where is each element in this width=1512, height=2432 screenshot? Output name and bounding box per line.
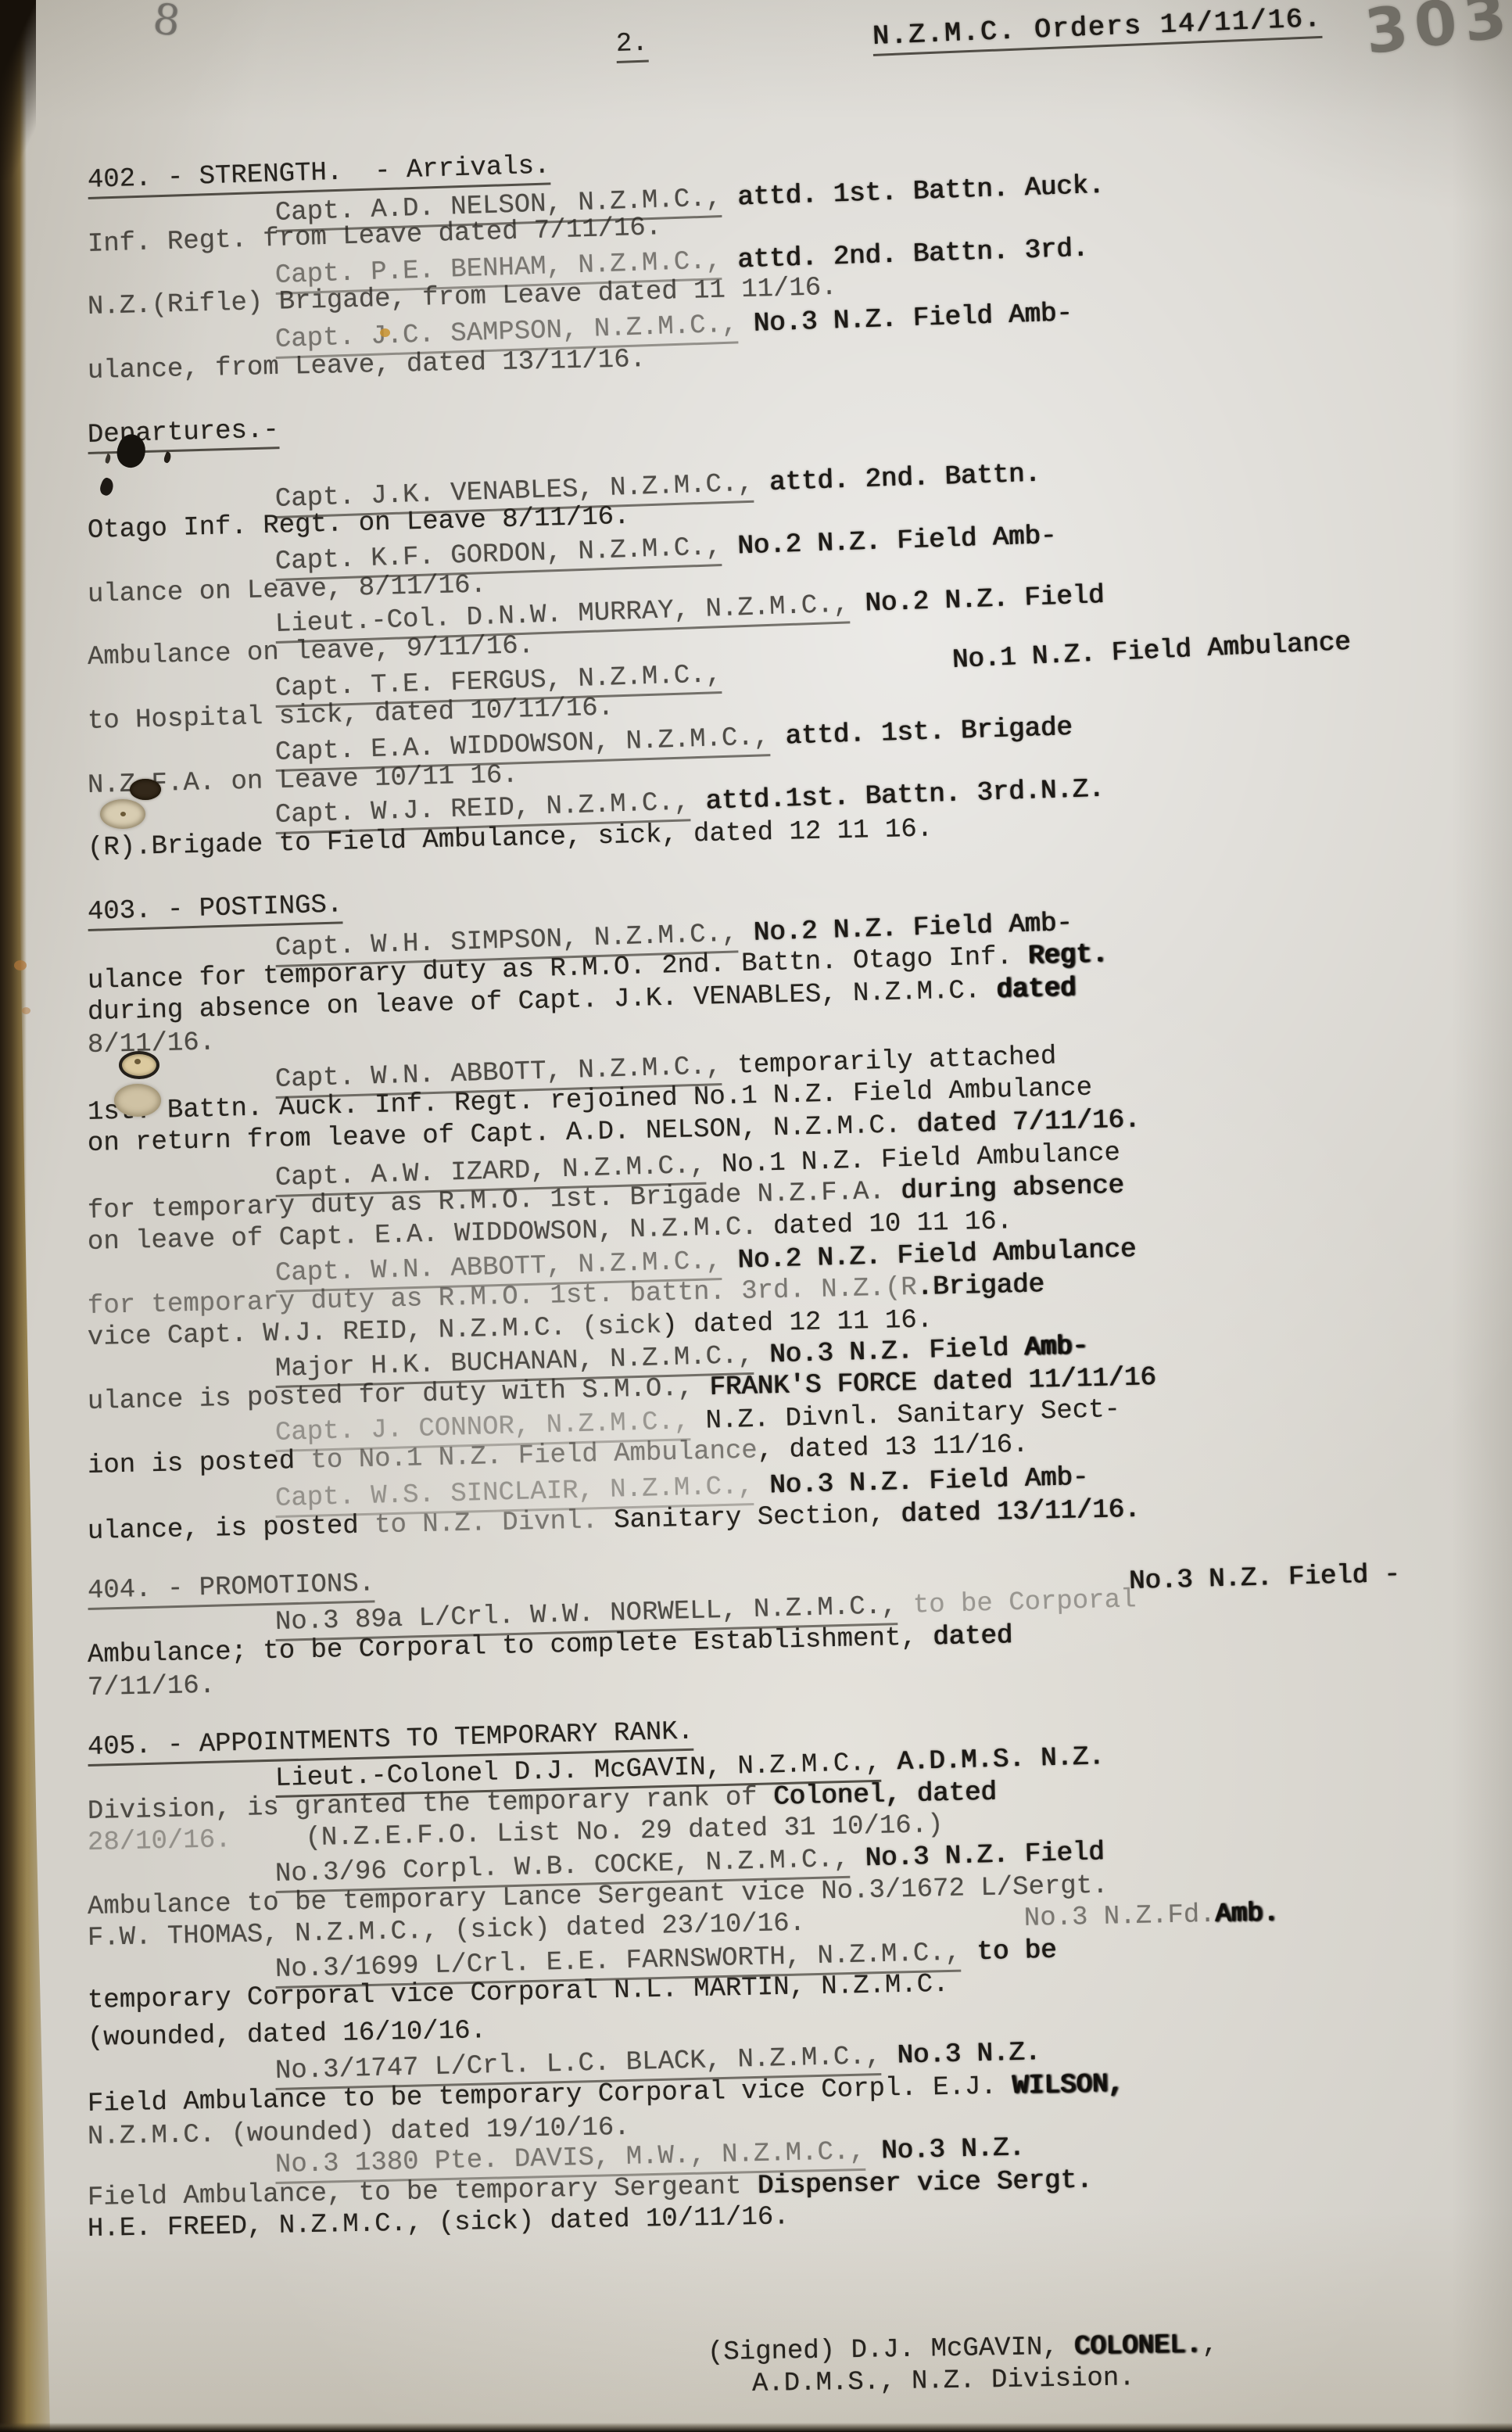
text-run: dated 7/11/16. xyxy=(916,1105,1140,1139)
text-run: attd. 1st. Battn. Auck. xyxy=(721,171,1105,213)
text-run: attd. 2nd. Battn. xyxy=(753,460,1041,499)
text-run: 7/11/16. xyxy=(88,1671,216,1703)
text-run: , dated 13 11/16. xyxy=(757,1430,1029,1466)
document-page: 8 303 2.N.Z.M.C. Orders 14/11/16.402. - … xyxy=(0,0,1512,2432)
text-run: N.Z.M.C. Orders 14/11/16. xyxy=(872,3,1322,56)
document-line: (Signed) D.J. McGAVIN, COLONEL., xyxy=(708,2329,1219,2369)
text-run: dated 10 11 16. xyxy=(773,1207,1013,1242)
punch-hole-light xyxy=(114,1084,161,1117)
rust-stain xyxy=(22,1007,30,1014)
punch-hole-dark xyxy=(130,779,161,800)
text-run: (Signed) D.J. McGAVIN, xyxy=(708,2333,1075,2368)
text-run: 403. - POSTINGS. xyxy=(87,890,343,931)
paper-edge-top-left xyxy=(0,0,36,180)
text-run: No.2 N.Z. Field xyxy=(848,581,1105,619)
document-line: ulance, from Leave, dated 13/11/16. xyxy=(88,343,647,388)
text-run: Sanitary Section, xyxy=(614,1500,901,1536)
text-run: to be xyxy=(961,1936,1057,1968)
text-run: Colonel, dated xyxy=(773,1778,997,1813)
text-run: No.3 N.Z. Field - xyxy=(1129,1560,1401,1597)
text-run: attd. 1st. Brigade xyxy=(769,713,1073,752)
punch-hole-dot xyxy=(134,1059,141,1064)
text-run: No.2 N.Z. Field Amb- xyxy=(721,522,1057,562)
ink-fleck xyxy=(380,328,390,337)
text-run: (R).Brigade to Field Ambulance, sick, da… xyxy=(88,814,933,863)
text-run: dated xyxy=(996,974,1077,1005)
text-run: Ambulance; to be Corporal to complete Es… xyxy=(88,1623,933,1670)
stamp-number: 303 xyxy=(1361,0,1512,68)
text-run: No.3 N.Z. xyxy=(881,2038,1041,2072)
document-line: 7/11/16. xyxy=(88,1670,216,1705)
text-run: COLONEL. xyxy=(1074,2330,1202,2362)
rust-stain xyxy=(14,960,27,970)
text-run: Regt. xyxy=(1028,940,1109,972)
text-run: , xyxy=(1202,2330,1218,2360)
document-line: No.3 N.Z. Field - xyxy=(1128,1559,1400,1598)
text-run: A.D.M.S., N.Z. Division. xyxy=(752,2363,1135,2399)
handwritten-mark: 8 xyxy=(150,0,183,46)
text-run: No.3 N.Z.Fd. xyxy=(805,1900,1216,1939)
document-line: (wounded, dated 16/10/16. xyxy=(88,2014,487,2055)
text-run: ulance, is posted xyxy=(88,1511,375,1547)
paper-edge-left xyxy=(0,0,27,2432)
document-line: Departures.- xyxy=(87,414,279,452)
punch-hole-ringed xyxy=(119,1051,159,1079)
text-run: No.1 N.Z. Field Ambulance xyxy=(951,628,1351,676)
punch-hole-dot xyxy=(120,812,126,816)
text-run: ion is posted xyxy=(88,1447,311,1481)
text-run: attd. 2nd. Battn. 3rd. xyxy=(721,235,1088,277)
text-run: Amb. xyxy=(1215,1899,1279,1930)
text-run: Dispenser vice Sergt. xyxy=(757,2166,1092,2201)
document-line: A.D.M.S., N.Z. Division. xyxy=(752,2362,1135,2401)
text-run: (wounded, dated 16/10/16. xyxy=(88,2016,487,2054)
text-run: 2. xyxy=(615,29,648,63)
text-run: to N.Z. Divnl. xyxy=(374,1506,614,1541)
text-run: A.D.M.S. N.Z. xyxy=(881,1742,1105,1777)
text-run: .Brigade xyxy=(916,1270,1044,1303)
paper-edge-bottom xyxy=(0,2423,1512,2432)
text-run: Amb- xyxy=(1024,1332,1089,1363)
text-run: dated 13/11/16. xyxy=(901,1495,1141,1530)
text-run: attd.1st. Battn. 3rd.N.Z. xyxy=(690,775,1105,818)
text-run: No.3 N.Z. Field xyxy=(849,1838,1105,1874)
text-run: to be Corporal xyxy=(897,1585,1137,1621)
document-line: 404. - PROMOTIONS. xyxy=(87,1567,374,1608)
text-run: Departures.- xyxy=(87,415,279,454)
document-line: N.Z.M.C. Orders 14/11/16. xyxy=(872,2,1322,53)
text-run: 28/10/16. xyxy=(88,1825,231,1858)
document-line: 2. xyxy=(615,27,648,61)
text-run: dated xyxy=(933,1621,1013,1652)
text-run: WILSON, xyxy=(1012,2070,1125,2102)
text-run: during absence xyxy=(901,1171,1124,1207)
text-run: ulance, from Leave, dated 13/11/16. xyxy=(88,345,647,386)
text-run: temporary Corporal vice Corporal N.L. MA… xyxy=(88,1970,949,2016)
text-run: No.3 N.Z. xyxy=(865,2133,1025,2167)
document-line: 403. - POSTINGS. xyxy=(87,888,343,929)
document-line: No.1 N.Z. Field Ambulance xyxy=(951,626,1351,677)
